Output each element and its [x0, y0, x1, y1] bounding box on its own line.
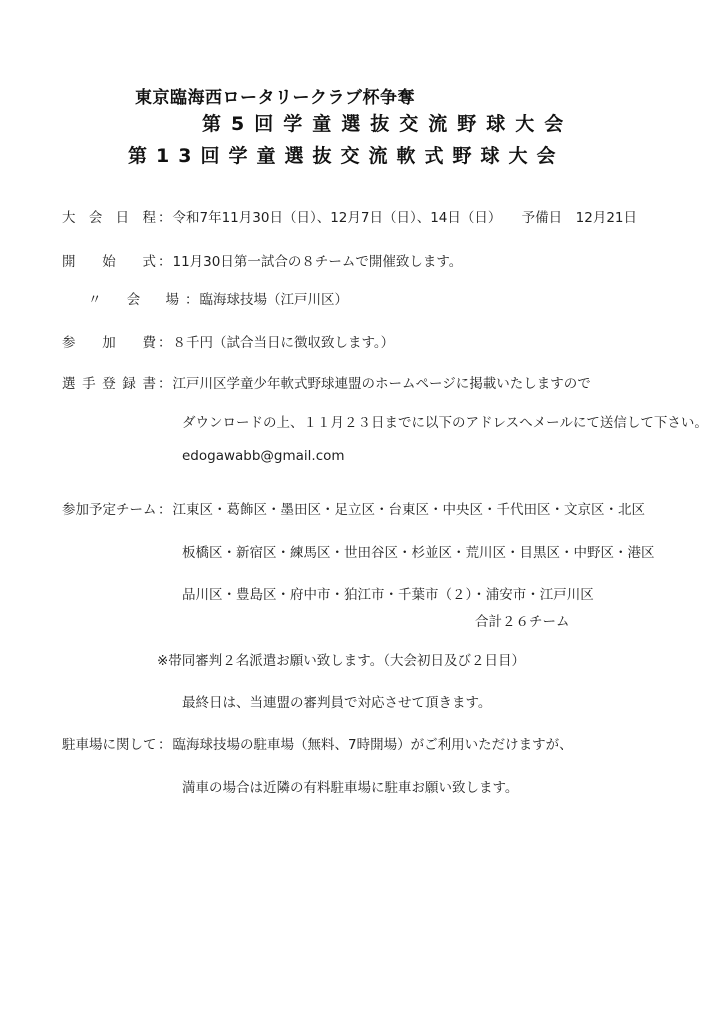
colon-separator: ： [185, 291, 199, 310]
colon-separator: ： [158, 375, 172, 394]
opening-value: 11月30日第一試合の８チームで開催致します。 [173, 253, 463, 272]
umpire-note-2: 最終日は、当連盟の審判員で対応させて頂きます。 [182, 694, 491, 713]
teams-list-line3: 品川区・豊島区・府中市・狛江市・千葉市（２）・浦安市・江戸川区 [182, 586, 594, 605]
field-row-teams: 参加予定チーム：江東区・葛飾区・墨田区・足立区・台東区・中央区・千代田区・文京区… [62, 501, 645, 520]
opening-label: 開始式 [62, 253, 156, 272]
field-row-registration: 選手登録書：江戸川区学童少年軟式野球連盟のホームページに掲載いたしますので [62, 375, 591, 394]
colon-separator: ： [158, 501, 172, 520]
venue-label: 〃会場 [88, 291, 179, 310]
umpire-note-1: ※帯同審判２名派遣お願い致します。（大会初日及び２日目） [157, 652, 525, 671]
registration-instruction: ダウンロードの上、１１月２３日までに以下のアドレスへメールにて送信して下さい。 [182, 414, 708, 433]
parking-note: 満車の場合は近隣の有料駐車場に駐車お願い致します。 [182, 779, 518, 798]
schedule-label: 大会日程 [62, 209, 156, 228]
registration-label: 選手登録書 [62, 375, 156, 394]
fee-label: 参加費 [62, 334, 156, 353]
parking-label: 駐車場に関して [62, 736, 156, 755]
teams-label: 参加予定チーム [62, 501, 156, 520]
tournament-title-baseball: 第5回学童選抜交流野球大会 [202, 109, 573, 136]
field-row-opening-ceremony: 開始式：11月30日第一試合の８チームで開催致します。 [62, 253, 462, 272]
teams-list-line2: 板橋区・新宿区・練馬区・世田谷区・杉並区・荒川区・目黒区・中野区・港区 [182, 544, 655, 563]
document-title: 東京臨海西ロータリークラブ杯争奪 [135, 83, 415, 108]
tournament-title-rubber-baseball: 第13回学童選抜交流軟式野球大会 [128, 141, 564, 168]
field-row-schedule: 大会日程：令和7年11月30日（日）、12月7日（日）、14日（日） 予備日 1… [62, 209, 637, 228]
venue-value: 臨海球技場（江戸川区） [200, 291, 349, 310]
field-row-venue: 〃会場：臨海球技場（江戸川区） [88, 291, 348, 310]
fee-value: ８千円（試合当日に徴収致します。） [173, 334, 395, 353]
colon-separator: ： [158, 209, 172, 228]
colon-separator: ： [158, 253, 172, 272]
email-address: edogawabb@gmail.com [182, 447, 345, 466]
teams-total: 合計２６チーム [475, 613, 570, 632]
parking-value: 臨海球技場の駐車場（無料、7時開場）がご利用いただけますが、 [173, 736, 573, 755]
field-row-parking: 駐車場に関して：臨海球技場の駐車場（無料、7時開場）がご利用いただけますが、 [62, 736, 573, 755]
teams-list-line1: 江東区・葛飾区・墨田区・足立区・台東区・中央区・千代田区・文京区・北区 [173, 501, 646, 520]
schedule-value: 令和7年11月30日（日）、12月7日（日）、14日（日） 予備日 12月21日 [173, 209, 638, 228]
registration-value: 江戸川区学童少年軟式野球連盟のホームページに掲載いたしますので [173, 375, 591, 394]
field-row-fee: 参加費：８千円（試合当日に徴収致します。） [62, 334, 394, 353]
document-page: 東京臨海西ロータリークラブ杯争奪 第5回学童選抜交流野球大会 第13回学童選抜交… [0, 0, 724, 1024]
colon-separator: ： [158, 736, 172, 755]
colon-separator: ： [158, 334, 172, 353]
